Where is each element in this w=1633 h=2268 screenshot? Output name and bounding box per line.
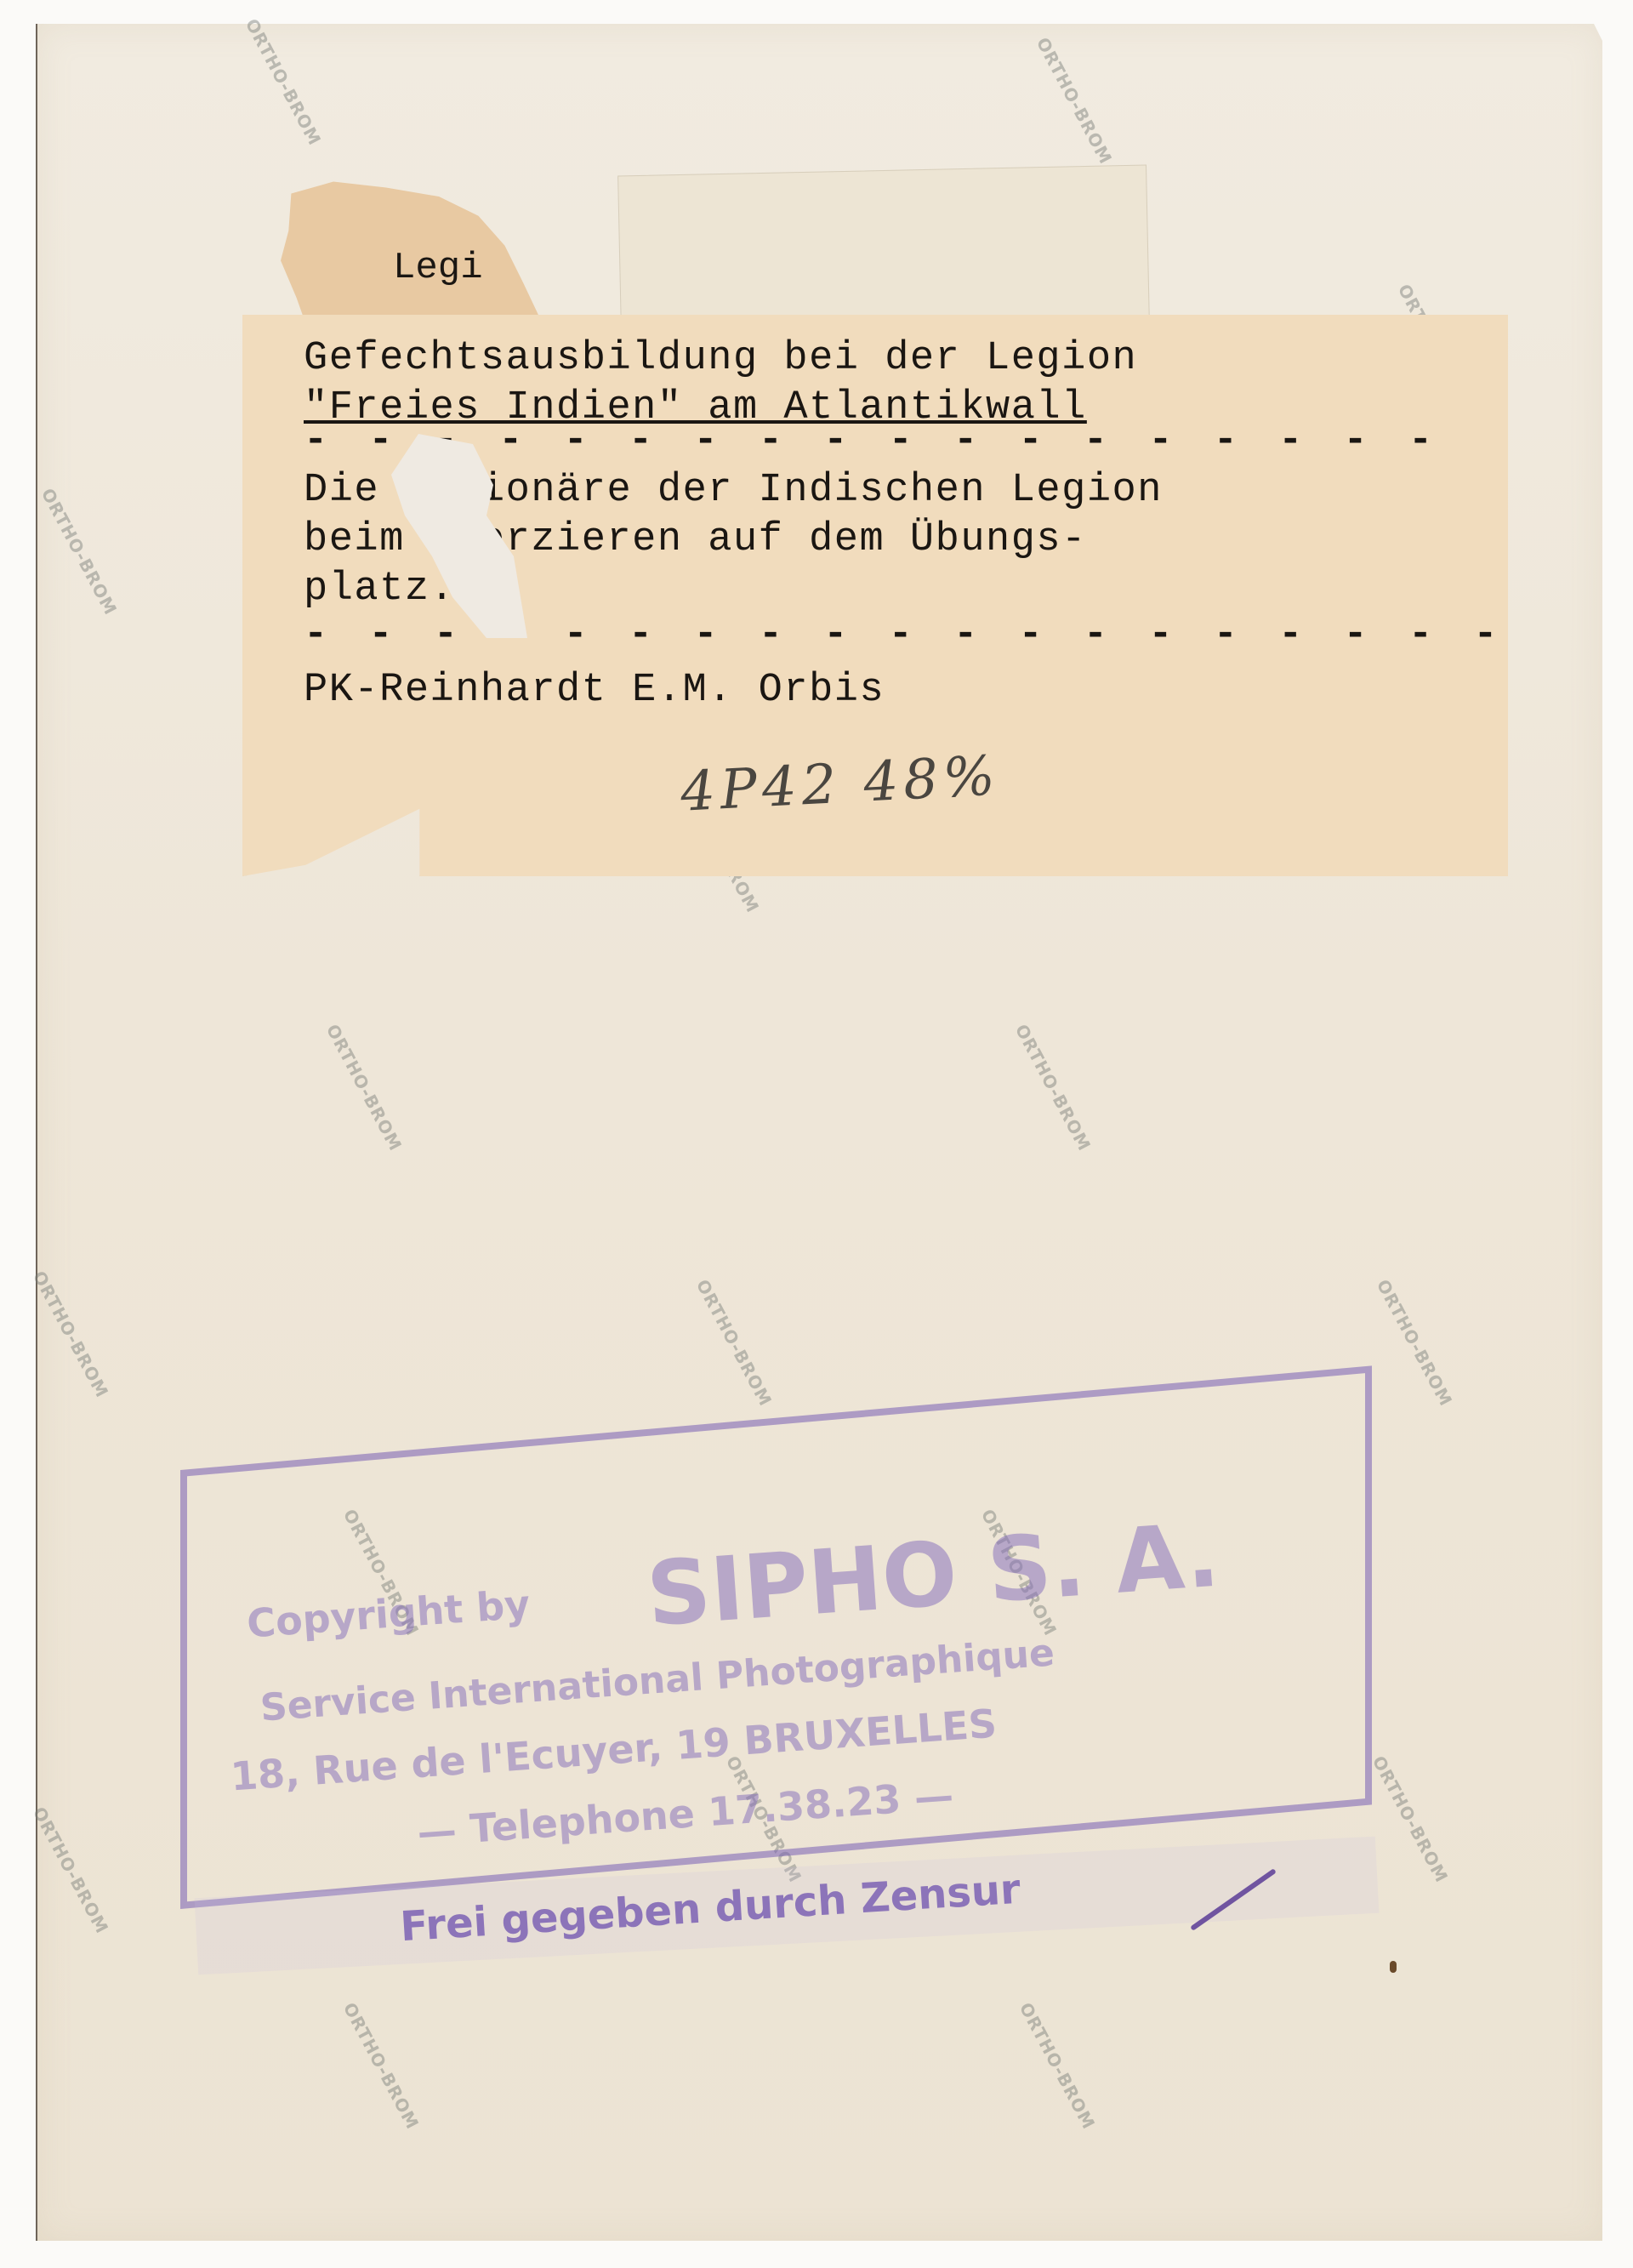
- caption-credit: PK-Reinhardt E.M. Orbis: [304, 668, 885, 713]
- stain-spot: [1390, 1961, 1397, 1973]
- caption-body-line-3: platz.: [304, 567, 455, 612]
- adhesive-tape: [617, 165, 1150, 335]
- caption-title-line-1: Gefechtsausbildung bei der Legion: [304, 336, 1137, 381]
- torn-scrap-text: Legi: [393, 247, 483, 289]
